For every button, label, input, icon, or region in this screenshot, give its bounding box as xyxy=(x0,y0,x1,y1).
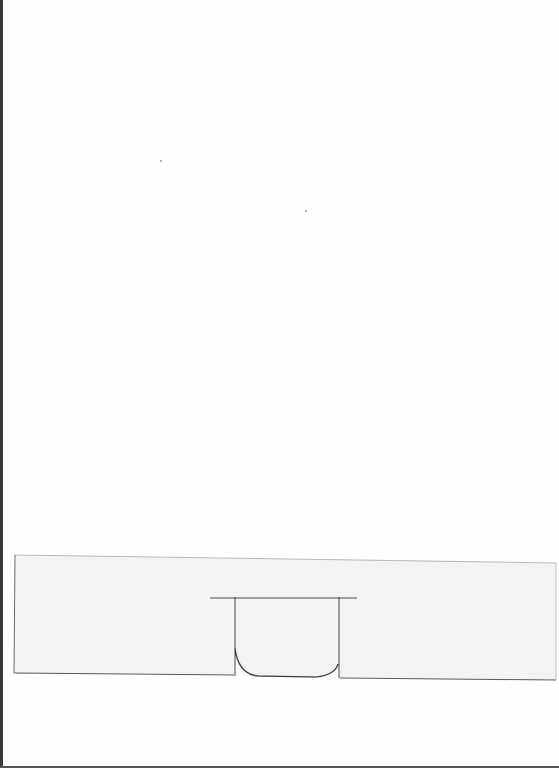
template-outline-drawing xyxy=(0,0,559,768)
scanned-page xyxy=(0,0,559,768)
